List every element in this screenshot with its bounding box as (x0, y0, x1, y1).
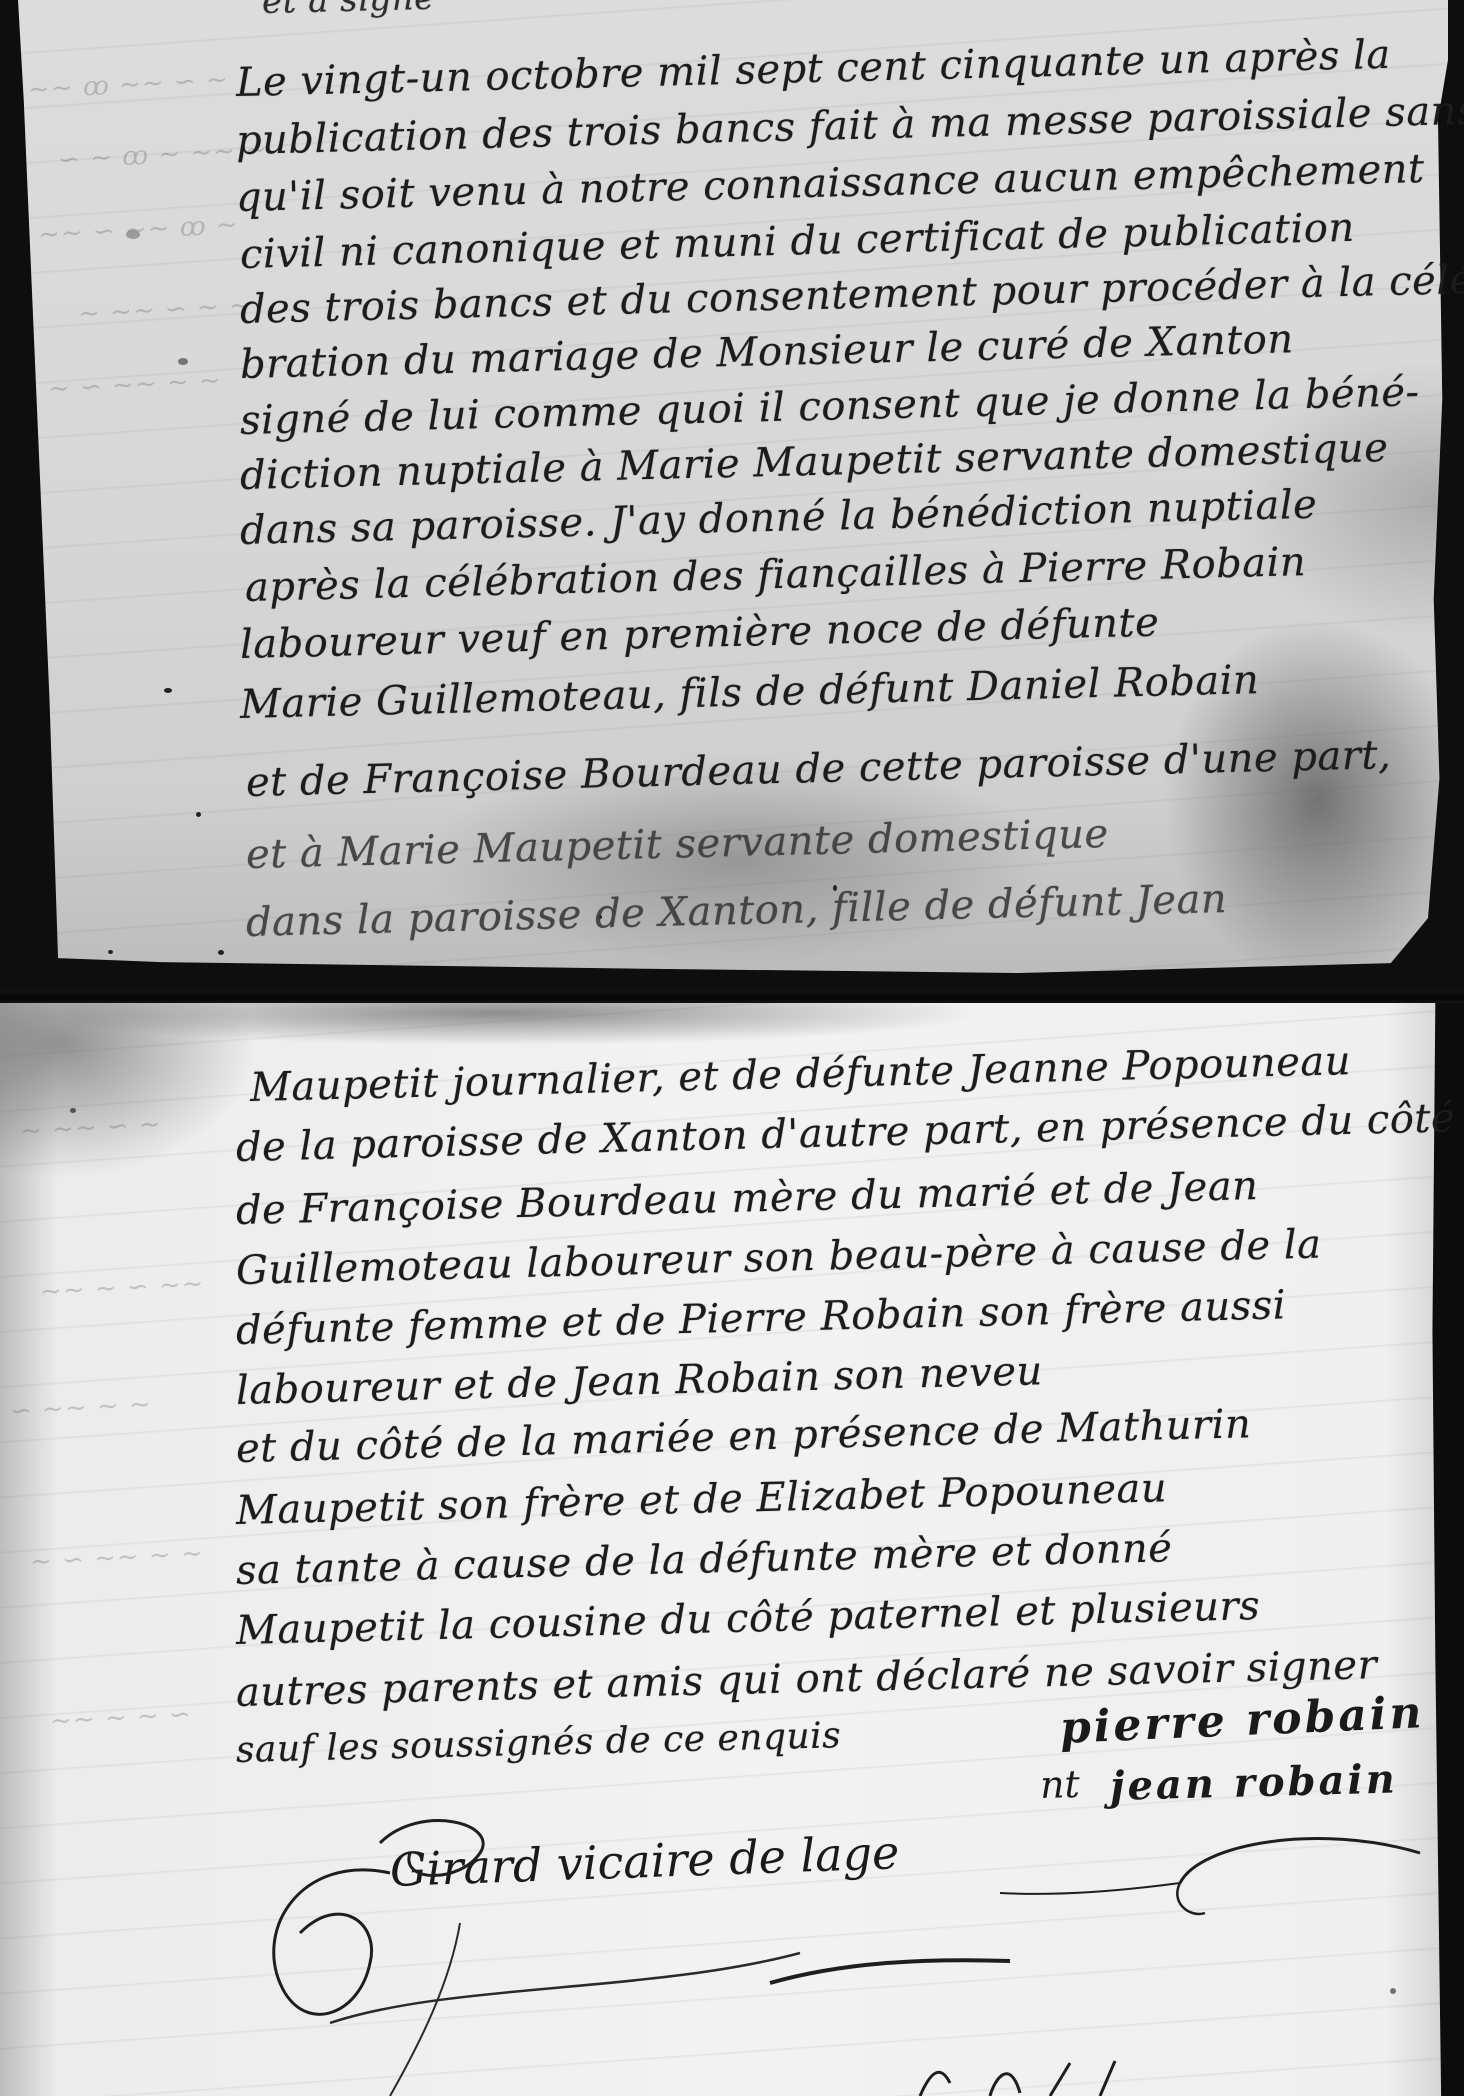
ink-speck (108, 950, 113, 954)
bleed-through-text: ∽ ~~ ~ ~ (9, 1389, 152, 1426)
bleed-through-text: ~ ∽ ~~ ~ ~ (47, 365, 222, 404)
ink-speck (70, 1108, 76, 1113)
bleed-through-text: ~~ ∽ ~~ ꝏ ~ (37, 210, 239, 250)
ink-speck (164, 688, 172, 693)
witness-prefix: nt (1039, 1762, 1080, 1807)
ink-speck (126, 230, 140, 239)
register-fragment-top: ~~ ꝏ ~~ ∽ ~ ∽ ~ ꝏ ~ ~~ ~ ~~ ∽ ~~ ꝏ ~ ~ ~… (0, 0, 1464, 1000)
bleed-through-text: ~ ~~ ∽ ~ ~ (77, 290, 252, 329)
ink-speck (178, 358, 188, 365)
register-fragment-bottom: ~ ~~ ∽ ~ ~~ ~ ∽ ~~ ∽ ~~ ~ ~ ~ ∽ ~~ ~ ~ ~… (0, 1003, 1464, 2096)
bleed-through-text: ~~ ~ ∽ ~~ (39, 1269, 205, 1308)
bleed-through-text: ~ ∽ ~~ ~ ~ (29, 1538, 204, 1577)
witness-signature-text: jean robain (1109, 1755, 1398, 1810)
bleed-through-text: ~ ~~ ∽ ~ (19, 1109, 162, 1146)
ink-speck (196, 812, 201, 817)
ink-speck (218, 950, 224, 955)
bleed-through-text: ~~ ꝏ ~~ ∽ ~ (27, 65, 229, 105)
ink-speck (152, 978, 157, 982)
bleed-through-text: ~~ ~ ~ ∽ (49, 1699, 192, 1736)
ink-speck (1390, 1988, 1396, 1994)
